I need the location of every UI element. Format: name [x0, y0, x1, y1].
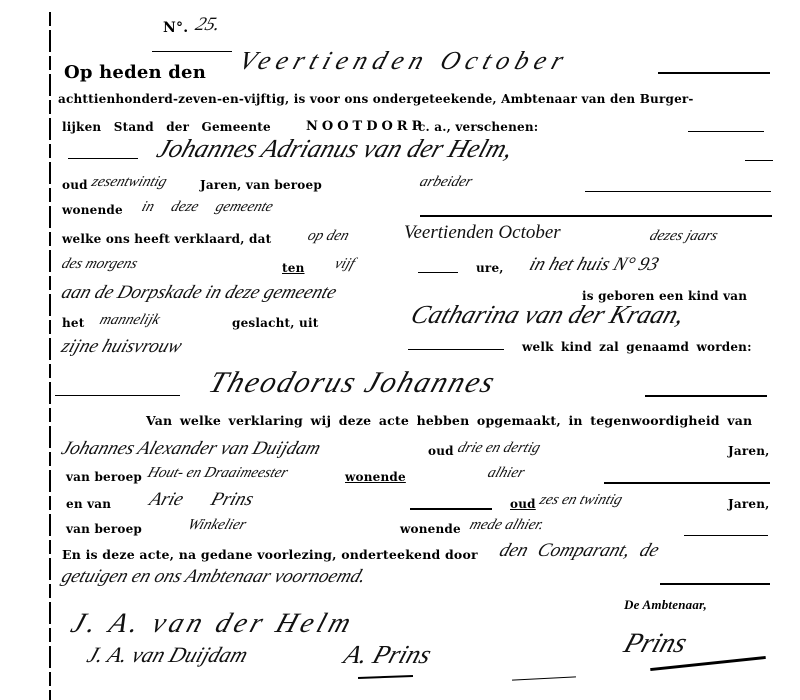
declarant-age: zesentwintig: [89, 174, 169, 191]
birth-date: Veertienden October: [404, 222, 561, 244]
geslacht-text: geslacht, uit: [232, 316, 318, 330]
intro-text: Op heden den: [64, 62, 206, 83]
certificate-number-label: N°.: [163, 20, 188, 36]
birth-certificate-page: N°. 25. Op heden den Veertienden October…: [0, 0, 800, 700]
witness1-name: Johannes Alexander van Duijdam: [58, 438, 323, 460]
witness2-occupation: Winkelier: [185, 517, 248, 534]
line-filler: [420, 215, 772, 217]
signature-underline: [358, 675, 413, 679]
line-filler: [688, 131, 764, 132]
line-filler: [410, 508, 492, 510]
line-filler: [745, 160, 773, 161]
line-filler: [418, 272, 458, 273]
signature-official: Prins: [620, 628, 691, 660]
line-filler: [604, 482, 770, 484]
line-filler: [408, 349, 504, 350]
signature-declarant: J. A. van der Helm: [67, 608, 359, 640]
signature-dash: [512, 676, 576, 680]
wonende-label: wonende: [62, 203, 123, 217]
birth-house: in het huis N° 93: [526, 254, 661, 276]
line-filler: [660, 583, 770, 585]
official-label: De Ambtenaar,: [624, 597, 707, 613]
line-filler: [658, 72, 770, 74]
witness2-residence: mede alhier.: [467, 517, 546, 534]
declaration-text: welke ons heeft verklaard, dat: [62, 232, 271, 246]
witness2-name: Arie Prins: [146, 489, 256, 511]
signature-witness2: A. Prins: [340, 640, 435, 670]
declarant-occupation: arbeider: [417, 174, 474, 191]
declarant-name: Johannes Adrianus van der Helm,: [153, 134, 517, 164]
line-filler: [55, 395, 180, 396]
witness1-residence: alhier: [485, 465, 526, 482]
wonende-label: wonende: [400, 522, 461, 536]
line-filler: [68, 158, 138, 159]
birth-address: aan de Dorpskade in deze gemeente: [58, 282, 339, 304]
registration-date: Veertienden October: [235, 46, 573, 76]
oud-label: oud: [428, 444, 454, 458]
birth-year-ref: dezes jaars: [647, 228, 720, 245]
municipality-text-a: lijken Stand der Gemeente: [62, 120, 271, 134]
van-beroep-label: van beroep: [66, 522, 142, 536]
witness2-age: zes en twintig: [537, 492, 624, 509]
witness1-occupation: Hout- en Draaimeester: [145, 465, 290, 482]
jaren-beroep-label: Jaren, van beroep: [200, 178, 322, 192]
signing-text: En is deze acte, na gedane voorlezing, o…: [62, 547, 478, 562]
birth-hour: vijf: [332, 256, 357, 273]
signers-a: den Comparant, de: [496, 540, 661, 562]
oud-label: oud: [510, 497, 536, 511]
signature-witness1: J. A. van Duijdam: [84, 642, 252, 668]
en-van-label: en van: [66, 497, 111, 511]
year-text: achttienhonderd-zeven-en-vijftig, is voo…: [58, 92, 694, 106]
witness1-age: drie en dertig: [455, 440, 542, 457]
name-intro-text: welk kind zal genaamd worden:: [522, 340, 752, 354]
declarant-residence: in deze gemeente: [139, 199, 275, 216]
municipality-name: NOOTDORP: [306, 119, 425, 134]
signers-b: getuigen en ons Ambtenaar voornoemd.: [58, 566, 368, 588]
van-beroep-label: van beroep: [66, 470, 142, 484]
child-name: Theodorus Johannes: [204, 366, 500, 400]
certificate-number-value: 25.: [192, 14, 223, 36]
jaren-label: Jaren,: [728, 444, 770, 458]
ure-label: ure,: [476, 261, 504, 275]
birth-time-of-day: des morgens: [59, 256, 139, 273]
number-underline: [152, 51, 232, 52]
line-filler: [585, 191, 771, 192]
left-margin-line: [49, 12, 51, 700]
mother-relation: zijne huisvrouw: [58, 336, 184, 358]
mother-name: Catharina van der Kraan,: [407, 300, 688, 330]
verschenen-text: c. a., verschenen:: [418, 120, 538, 134]
line-filler: [645, 395, 767, 397]
line-filler: [684, 535, 768, 536]
witness-intro-text: Van welke verklaring wij deze acte hebbe…: [146, 413, 752, 428]
oud-label: oud: [62, 178, 88, 192]
child-sex: mannelijk: [97, 312, 162, 329]
het-label: het: [62, 316, 85, 330]
wonende-label: wonende: [345, 470, 406, 484]
birth-date-prefix: op den: [305, 228, 351, 245]
ten-label: ten: [282, 261, 305, 275]
jaren-label: Jaren,: [728, 497, 770, 511]
